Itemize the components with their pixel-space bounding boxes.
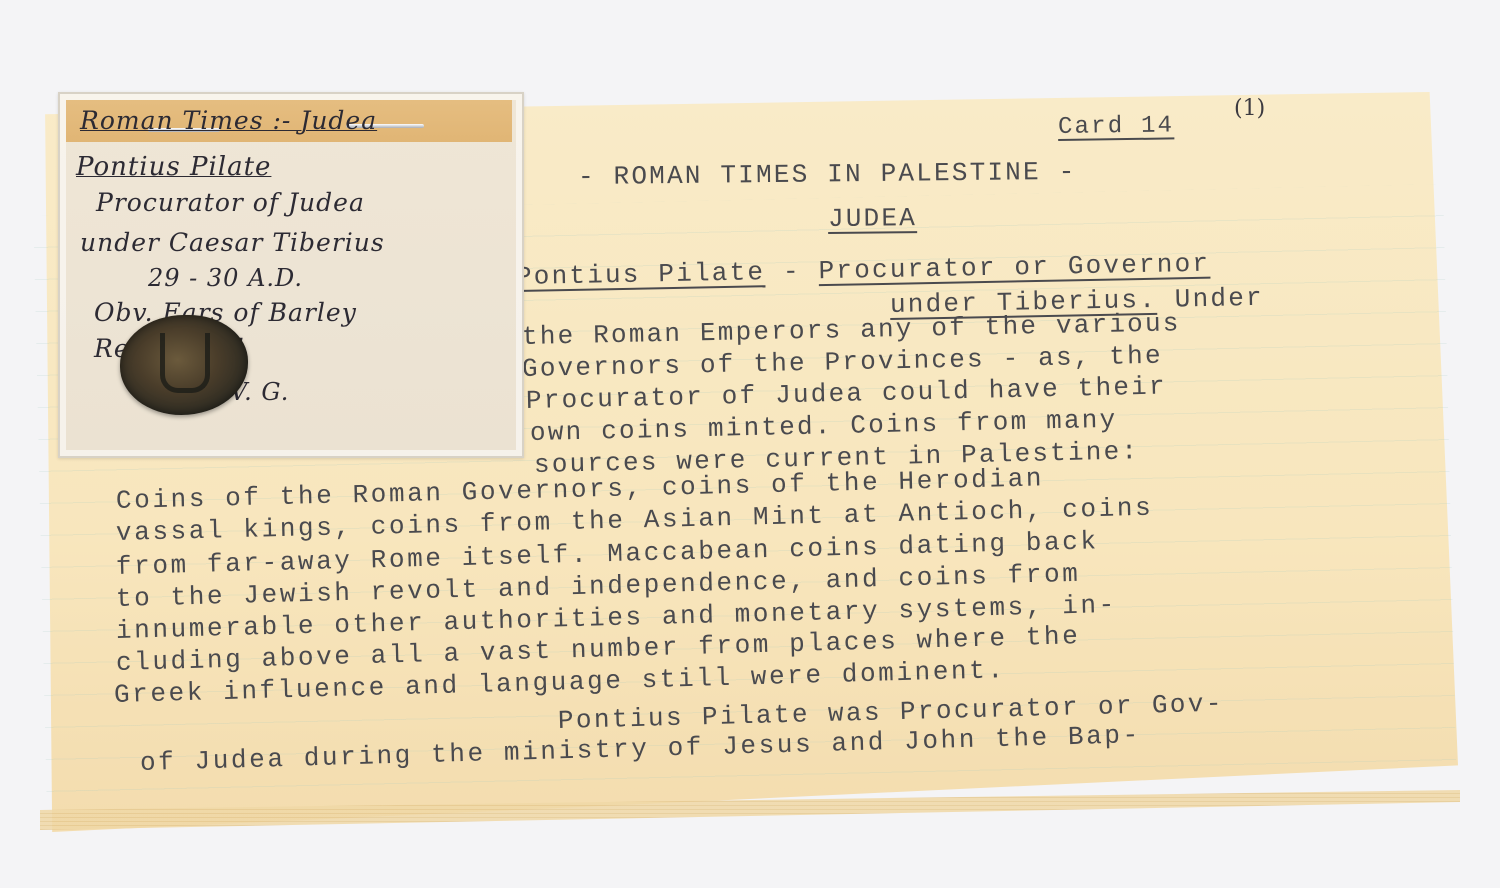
card-heading: - ROMAN TIMES IN PALESTINE - <box>578 157 1077 192</box>
holder-line-obverse: Obv. Ears of Barley <box>94 298 357 327</box>
page-mark: (1) <box>1234 96 1265 121</box>
coin-vessel-design <box>160 333 210 393</box>
card-number: Card 14 <box>1058 112 1175 141</box>
holder-line-title: Procurator of Judea <box>96 188 365 217</box>
holder-tape-label: Roman Times :- Judea <box>80 106 377 135</box>
card-heading-text: - ROMAN TIMES IN PALESTINE - <box>578 157 1077 192</box>
holder-line-date: 29 - 30 A.D. <box>148 264 303 292</box>
dash: - <box>765 256 819 287</box>
photo-scene: Card 14 (1) - ROMAN TIMES IN PALESTINE -… <box>0 0 1500 888</box>
holder-line-under: under Caesar Tiberius <box>80 228 385 257</box>
pilate-name: Pontius Pilate <box>516 257 766 292</box>
card-subheading: JUDEA <box>828 203 917 234</box>
holder-line-name: Pontius Pilate <box>76 152 271 182</box>
coin-holder: Roman Times :- Judea Pontius Pilate Proc… <box>58 92 524 458</box>
